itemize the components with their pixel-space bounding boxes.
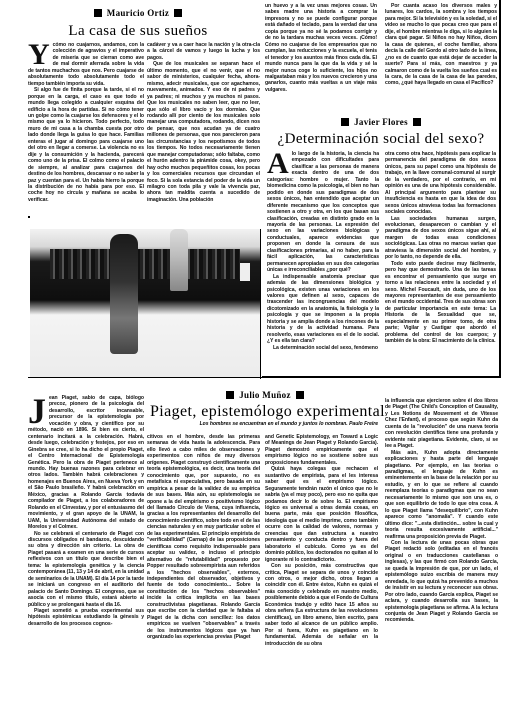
crowd-silhouettes: [50, 249, 240, 279]
paragraph: Piaget sometió a prueba experimental sus…: [28, 608, 144, 627]
article2-dropcap: A: [267, 152, 289, 176]
byline-square-icon: [413, 118, 421, 126]
article2-column-2: otra como otra hace, hipótesis para expl…: [385, 151, 496, 373]
paragraph: Por cuanta acaso los diversos males y lu…: [385, 3, 497, 87]
article3-dropcap: J: [28, 396, 46, 426]
paragraph: and Genetic Epistemology, en Toward a Lo…: [265, 434, 378, 466]
byline-square-icon: [341, 118, 349, 126]
byline-square-icon: [296, 391, 304, 399]
article3-title: Piaget, epistemólogo experimental: [150, 403, 380, 421]
photo-right-rule: [260, 229, 261, 379]
article1-column-1: Y cómo no cuajarnos, andamos, con la col…: [28, 42, 144, 217]
photo-bottom-rule: [28, 377, 262, 378]
paragraph: Con su posición, más constructiva que cr…: [265, 563, 378, 647]
article3-column-3: and Genetic Epistemology, en Toward a Lo…: [265, 434, 378, 695]
article1-byline: Mauricio Ortiz: [28, 8, 248, 18]
article1-column-2: cadáver y va a caer hace la nación y la …: [147, 42, 260, 217]
article2-author: Javier Flores: [354, 117, 408, 127]
box-right-border: [499, 0, 501, 378]
article1-column-4: Por cuanta acaso los diversos males y lu…: [385, 3, 497, 95]
paragraph: citivos en el hombre, desde las primeras…: [147, 434, 260, 641]
paragraph: Las sociedades humanas surgen, evolucion…: [385, 216, 496, 261]
article3-column-2: citivos en el hombre, desde las primeras…: [147, 434, 260, 695]
photo-crowd-scene: [30, 229, 260, 377]
paragraph: Si algo fue de finita porque la tarde, s…: [28, 87, 144, 203]
paragraph: Con la lectura de unas pocas obras que P…: [385, 540, 498, 624]
paragraph: Que de los musicales se separan hace el …: [147, 61, 260, 203]
dot-mark: [28, 216, 30, 218]
article2-column-1: A lo largo de la historia, la ciencia ha…: [267, 151, 379, 373]
article1-title: La casa de sus sueños: [28, 23, 248, 40]
article2-byline: Javier Flores: [265, 117, 497, 127]
paragraph: Todo esto puede decirse muy fácilmente, …: [385, 261, 496, 345]
article2-title: ¿Determinación social del sexo?: [265, 131, 497, 148]
paragraph: Quizá haya colegas que rechacen el susta…: [265, 466, 378, 563]
byline-square-icon: [94, 9, 102, 17]
bystander-figure: [240, 263, 250, 281]
article3-author: Julio Muñoz: [239, 390, 291, 400]
costumed-figure: [110, 234, 138, 354]
article3-column-1: J ean Piaget, sabio de capa, biólogo pre…: [28, 395, 144, 695]
paragraph: No se celebrará el centenario de Piaget …: [28, 531, 144, 608]
article3-byline: Julio Muñoz: [150, 390, 380, 400]
walking-man-figure: [170, 229, 188, 291]
byline-square-icon: [226, 391, 234, 399]
box-bottom-border: [262, 376, 501, 378]
paragraph: Más aún, Kuhn adopta directamente explic…: [385, 450, 498, 540]
paragraph: La determinación social del sexo, fenóme…: [267, 345, 379, 351]
paragraph: la influencia que ejercieron sobre él do…: [385, 398, 498, 450]
article3-epigraph: Los hombres se encuentran en el mundo y …: [150, 421, 378, 427]
article1-dropcap: Y: [28, 43, 50, 67]
paragraph: La indispensable anatomía precisar que a…: [267, 274, 379, 345]
paragraph: otra como otra hace, hipótesis para expl…: [385, 151, 496, 216]
paragraph: cadáver y va a caer hace la nación y la …: [147, 42, 260, 61]
paragraph: un huevo y a la vez unas mejores cosas. …: [265, 3, 377, 93]
article3-column-4: la influencia que ejercieron sobre él do…: [385, 398, 498, 648]
article1-column-3: un huevo y a la vez unas mejores cosas. …: [265, 3, 377, 95]
byline-square-icon: [174, 9, 182, 17]
article1-author: Mauricio Ortiz: [107, 8, 169, 18]
